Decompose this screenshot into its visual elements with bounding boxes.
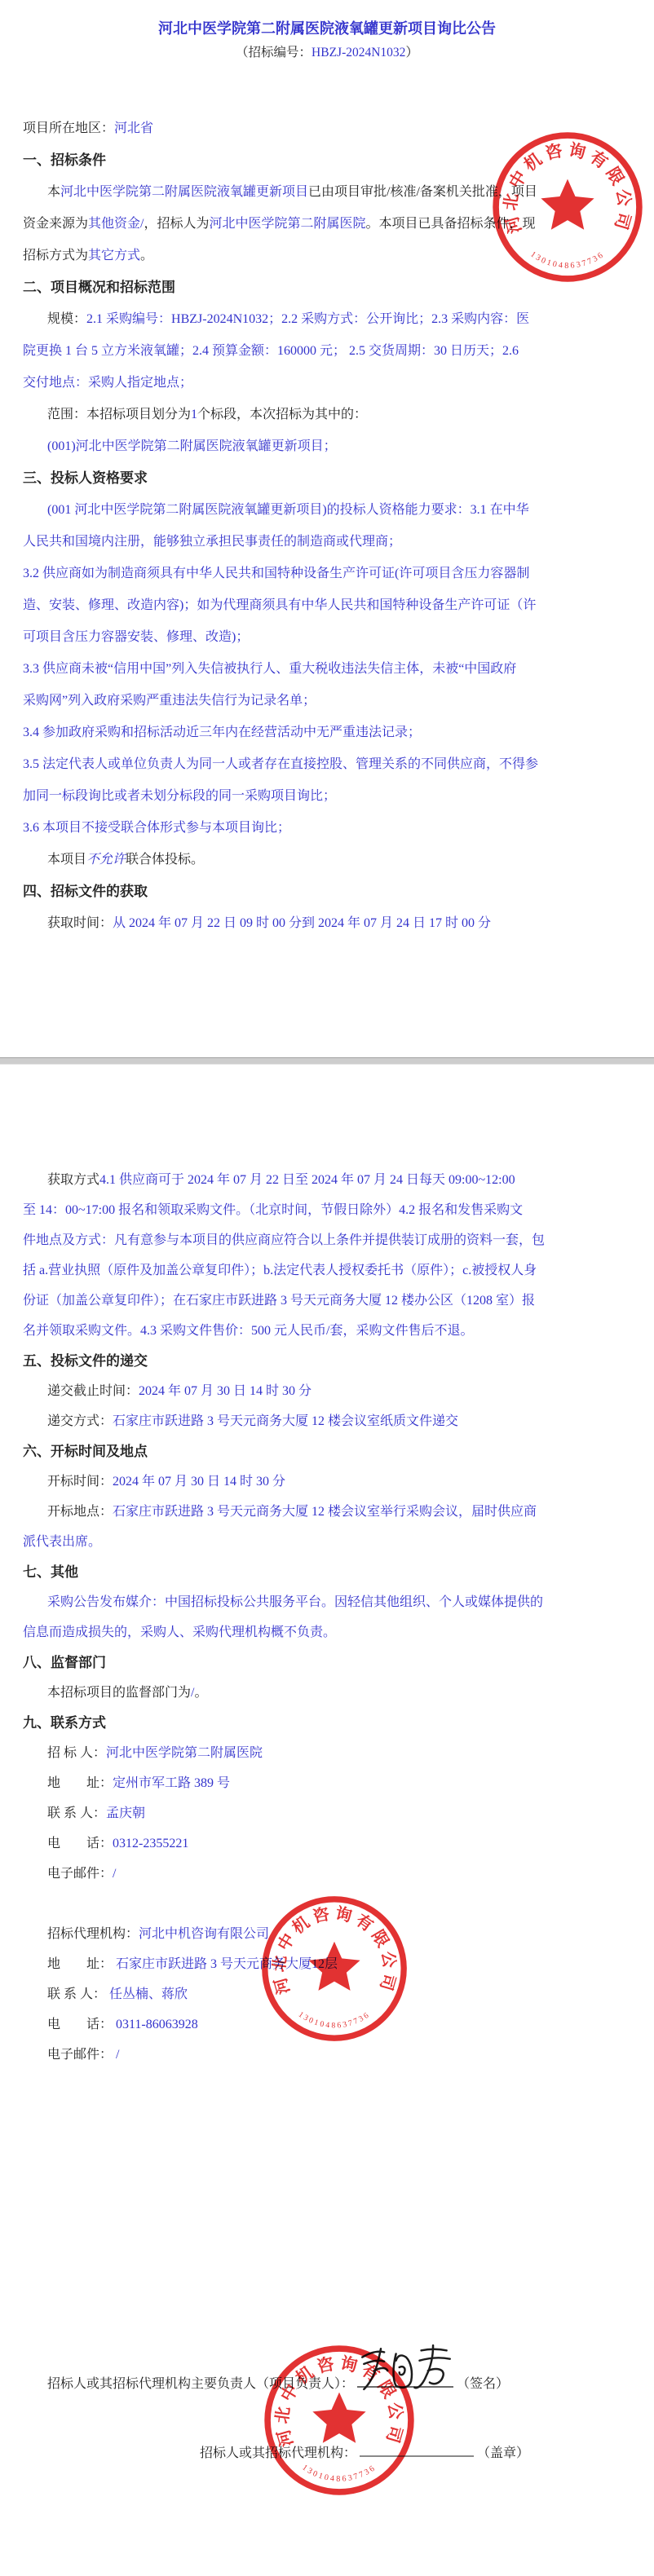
text-segment: 院更换 1 台 5 立方米液氧罐；2.4 预算金额：160000 元； 2.5 … xyxy=(23,344,519,358)
seal-star xyxy=(308,1942,360,1991)
text-segment: 2024 年 07 月 30 日 14 时 30 分 xyxy=(139,1384,312,1398)
spacer xyxy=(0,67,654,112)
text-segment: 其它方式 xyxy=(88,249,140,262)
text-segment: ，招标人为 xyxy=(144,217,209,231)
text-segment: 联 系 人： xyxy=(47,1806,106,1820)
text-segment: 。 xyxy=(194,1686,207,1700)
text-segment: 2024 年 07 月 30 日 14 时 30 分 xyxy=(113,1475,285,1489)
text-segment: 份证（加盖公章复印件）；在石家庄市跃进路 3 号天元商务大厦 12 楼办公区（1… xyxy=(23,1294,535,1308)
text-segment: 0311-86063928 xyxy=(116,2018,198,2031)
section-heading: 七、其他 xyxy=(23,1557,636,1587)
text-segment: 不允许 xyxy=(86,853,126,867)
seal-star xyxy=(541,179,594,230)
text-line: 括 a.营业执照（原件及加盖公章复印件）；b.法定代表人授权委托书（原件）；c.… xyxy=(23,1255,636,1286)
tender-announcement-document: 河北中医学院第二附属医院液氧罐更新项目询比公告 （招标编号：HBZJ-2024N… xyxy=(0,0,654,2576)
sign-label: （签名） xyxy=(457,2377,509,2391)
text-segment: 1 xyxy=(191,408,197,421)
text-segment: 本项目 xyxy=(47,853,86,867)
text-segment: 招标代理机构： xyxy=(47,1927,139,1941)
text-line: 本招标项目的监督部门为/。 xyxy=(23,1678,636,1708)
text-segment: 一、招标条件 xyxy=(23,152,106,168)
text-line: 3.4 参加政府采购和招标活动近三年内在经营活动中无严重违法记录； xyxy=(23,717,636,748)
tender-number-suffix: ） xyxy=(405,46,418,60)
text-segment: / xyxy=(113,1867,116,1881)
text-segment: 河北中医学院第二附属医院 xyxy=(209,217,365,231)
section-heading: 八、监督部门 xyxy=(23,1647,636,1678)
text-segment: 本招标项目的监督部门为 xyxy=(47,1686,191,1700)
text-line: (001)河北中医学院第二附属医院液氧罐更新项目； xyxy=(23,430,636,462)
text-segment: 个标段，本次招标为其中的： xyxy=(197,408,367,421)
text-segment: 河北中医学院第二附属医院液氧罐更新项目 xyxy=(60,185,308,199)
text-line: 电子邮件：/ xyxy=(23,1859,636,1889)
text-line: 份证（加盖公章复印件）；在石家庄市跃进路 3 号天元商务大厦 12 楼办公区（1… xyxy=(23,1286,636,1316)
text-segment: 本 xyxy=(47,185,60,199)
text-segment: 电 话： xyxy=(47,1837,113,1850)
section-heading: 九、联系方式 xyxy=(23,1708,636,1738)
section-heading: 三、投标人资格要求 xyxy=(23,462,636,494)
text-segment: 交付地点：采购人指定地点； xyxy=(23,376,192,390)
seal-number-text: 1301048637736 xyxy=(300,2464,378,2484)
text-segment: 三、投标人资格要求 xyxy=(23,470,148,486)
text-segment: 定州市军工路 389 号 xyxy=(113,1776,230,1790)
text-segment: 八、监督部门 xyxy=(23,1655,106,1670)
text-line: 范围：本招标项目划分为1个标段，本次招标为其中的： xyxy=(23,399,636,430)
text-segment: 人民共和国境内注册，能够独立承担民事责任的制造商或代理商； xyxy=(23,535,401,549)
text-segment: 资金来源为 xyxy=(23,217,88,231)
text-line: (001 河北中医学院第二附属医院液氧罐更新项目)的投标人资格能力要求：3.1 … xyxy=(23,494,636,526)
text-segment: 括 a.营业执照（原件及加盖公章复印件）；b.法定代表人授权委托书（原件）；c.… xyxy=(23,1264,537,1277)
text-line: 交付地点：采购人指定地点； xyxy=(23,367,636,399)
text-line: 件地点及方式：凡有意参与本项目的供应商应符合以上条件并提供装订成册的资料一套，包 xyxy=(23,1225,636,1255)
text-segment: 石家庄市跃进路 3 号天元商务大厦 12 楼会议室举行采购会议，届时供应商 xyxy=(113,1505,537,1519)
text-segment: 3.3 供应商未被“信用中国”列入失信被执行人、重大税收违法失信主体，未被“中国… xyxy=(23,662,516,676)
text-segment: 其他资金/ xyxy=(88,217,144,231)
text-line: 可项目含压力容器安装、修理、改造)； xyxy=(23,621,636,653)
text-segment: 石家庄市跃进路 3 号天元商务大厦 12 楼会议室纸质文件递交 xyxy=(113,1414,458,1428)
text-line: 3.5 法定代表人或单位负责人为同一人或者存在直接控股、管理关系的不同供应商，不… xyxy=(23,748,636,780)
text-line: 采购公告发布媒介：中国招标投标公共服务平台。因轻信其他组织、个人或媒体提供的 xyxy=(23,1587,636,1617)
text-segment: 获取方式 xyxy=(47,1173,99,1187)
text-segment: 信息而造成损失的，采购人、采购代理机构概不负责。 xyxy=(23,1625,336,1639)
text-segment: 五、投标文件的递交 xyxy=(23,1353,148,1369)
text-segment: 河北省 xyxy=(114,121,153,135)
text-segment: 2.1 采购编号：HBZJ-2024N1032；2.2 采购方式：公开询比；2.… xyxy=(86,312,529,326)
text-line: 开标时间：2024 年 07 月 30 日 14 时 30 分 xyxy=(23,1467,636,1497)
text-segment: 加同一标段询比或者未划分标段的同一采购项目询比； xyxy=(23,789,336,803)
text-segment: 3.6 本项目不接受联合体形式参与本项目询比； xyxy=(23,821,290,835)
text-segment: 递交截止时间： xyxy=(47,1384,139,1398)
text-line: 采购网”列入政府采购严重违法失信行为记录名单； xyxy=(23,685,636,717)
text-line: 联 系 人：孟庆朝 xyxy=(23,1798,636,1828)
tender-number-prefix: （招标编号： xyxy=(236,46,312,60)
text-segment: 规模： xyxy=(47,312,86,326)
section-heading: 六、开标时间及地点 xyxy=(23,1436,636,1467)
text-segment: 任丛楠、蒋欣 xyxy=(109,1987,188,2001)
text-segment: 造、安装、修理、改造内容)；如为代理商须具有中华人民共和国特种设备生产许可证（许 xyxy=(23,598,536,612)
text-line: 递交方式：石家庄市跃进路 3 号天元商务大厦 12 楼会议室纸质文件递交 xyxy=(23,1406,636,1436)
section-heading: 五、投标文件的递交 xyxy=(23,1346,636,1376)
text-segment: 采购公告发布媒介：中国招标投标公共服务平台。因轻信其他组织、个人或媒体提供的 xyxy=(47,1595,543,1609)
spacer xyxy=(0,2070,654,2368)
text-segment: 件地点及方式：凡有意参与本项目的供应商应符合以上条件并提供装订成册的资料一套，包 xyxy=(23,1233,545,1247)
text-segment: 河北中医学院第二附属医院 xyxy=(106,1746,263,1760)
text-line: 加同一标段询比或者未划分标段的同一采购项目询比； xyxy=(23,780,636,812)
text-segment: 4.1 供应商可于 2024 年 07 月 22 日至 2024 年 07 月 … xyxy=(99,1173,515,1187)
seal-star xyxy=(312,2393,365,2443)
text-line: 规模：2.1 采购编号：HBZJ-2024N1032；2.2 采购方式：公开询比… xyxy=(23,303,636,335)
company-seal-middle: 河北中机咨询有限公司 1301048637736 xyxy=(259,1893,410,2044)
section-heading: 四、招标文件的获取 xyxy=(23,876,636,907)
text-segment: 递交方式： xyxy=(47,1414,113,1428)
text-line: 电 话：0312-2355221 xyxy=(23,1828,636,1859)
text-line: 人民共和国境内注册，能够独立承担民事责任的制造商或代理商； xyxy=(23,526,636,558)
seal-number-text: 1301048637736 xyxy=(528,250,606,271)
text-segment: 四、招标文件的获取 xyxy=(23,884,148,899)
text-line: 递交截止时间：2024 年 07 月 30 日 14 时 30 分 xyxy=(23,1376,636,1406)
text-segment: 招 标 人： xyxy=(47,1746,106,1760)
text-segment: (001)河北中医学院第二附属医院液氧罐更新项目； xyxy=(47,439,337,453)
text-line: 派代表出席。 xyxy=(23,1527,636,1557)
text-segment: 从 2024 年 07 月 22 日 09 时 00 分到 2024 年 07 … xyxy=(113,916,491,930)
text-segment: 招标方式为 xyxy=(23,249,88,262)
text-segment: 电子邮件： xyxy=(47,1867,113,1881)
text-segment: 联合体投标。 xyxy=(126,853,204,867)
text-segment: 3.2 供应商如为制造商须具有中华人民共和国特种设备生产许可证(许可项目含压力容… xyxy=(23,567,529,580)
text-segment: 联 系 人： xyxy=(47,1987,109,2001)
text-line: 3.2 供应商如为制造商须具有中华人民共和国特种设备生产许可证(许可项目含压力容… xyxy=(23,558,636,589)
text-segment: 孟庆朝 xyxy=(106,1806,145,1820)
text-segment: 开标地点： xyxy=(47,1505,113,1519)
text-line: 院更换 1 台 5 立方米液氧罐；2.4 预算金额：160000 元； 2.5 … xyxy=(23,335,636,367)
text-line: 获取方式4.1 供应商可于 2024 年 07 月 22 日至 2024 年 0… xyxy=(23,1165,636,1195)
text-segment: 七、其他 xyxy=(23,1564,78,1580)
text-segment: 地 址： xyxy=(47,1776,113,1790)
text-line: 地 址：定州市军工路 389 号 xyxy=(23,1768,636,1798)
stamp-label: （盖章） xyxy=(477,2446,529,2460)
text-segment: 二、项目概况和招标范围 xyxy=(23,280,175,295)
text-segment: 范围：本招标项目划分为 xyxy=(47,408,191,421)
text-segment: 获取时间： xyxy=(47,916,113,930)
page-title: 河北中医学院第二附属医院液氧罐更新项目询比公告 xyxy=(0,0,654,39)
spacer xyxy=(0,1065,654,1165)
text-segment: 六、开标时间及地点 xyxy=(23,1444,148,1459)
text-segment: 。 xyxy=(140,249,153,262)
text-line: 本项目不允许联合体投标。 xyxy=(23,844,636,876)
text-segment: 开标时间： xyxy=(47,1475,113,1489)
text-segment: 河北中机咨询有限公司 xyxy=(139,1927,269,1941)
text-segment: 名并领取采购文件。4.3 采购文件售价：500 元人民币/套，采购文件售后不退。 xyxy=(23,1324,473,1338)
text-segment: 3.4 参加政府采购和招标活动近三年内在经营活动中无严重违法记录； xyxy=(23,726,421,739)
tender-number: HBZJ-2024N1032 xyxy=(312,46,405,60)
tender-number-line: （招标编号：HBZJ-2024N1032） xyxy=(0,39,654,67)
text-segment: 至 14：00~17:00 报名和领取采购文件。（北京时间，节假日除外）4.2 … xyxy=(23,1203,523,1217)
company-seal-top: 河北中机咨询有限公司 1301048637736 xyxy=(489,129,646,285)
company-seal-bottom: 河北中机咨询有限公司 1301048637736 xyxy=(261,2342,418,2499)
text-segment: 0312-2355221 xyxy=(113,1837,188,1850)
text-line: 至 14：00~17:00 报名和领取采购文件。（北京时间，节假日除外）4.2 … xyxy=(23,1195,636,1225)
text-segment: 电子邮件： xyxy=(47,2048,116,2062)
text-segment: 电 话： xyxy=(47,2018,116,2031)
page-divider xyxy=(0,1057,654,1065)
seal-number-text: 1301048637736 xyxy=(297,2010,372,2031)
text-segment: (001 河北中医学院第二附属医院液氧罐更新项目)的投标人资格能力要求：3.1 … xyxy=(47,503,529,517)
text-segment: 可项目含压力容器安装、修理、改造)； xyxy=(23,630,249,644)
text-line: 3.3 供应商未被“信用中国”列入失信被执行人、重大税收违法失信主体，未被“中国… xyxy=(23,653,636,685)
text-segment: 项目所在地区： xyxy=(23,121,114,135)
text-line: 信息而造成损失的，采购人、采购代理机构概不负责。 xyxy=(23,1617,636,1647)
text-segment: / xyxy=(116,2048,119,2062)
text-line: 招 标 人：河北中医学院第二附属医院 xyxy=(23,1738,636,1768)
text-line: 名并领取采购文件。4.3 采购文件售价：500 元人民币/套，采购文件售后不退。 xyxy=(23,1316,636,1346)
text-segment: 采购网”列入政府采购严重违法失信行为记录名单； xyxy=(23,694,316,708)
text-line: 造、安装、修理、改造内容)；如为代理商须具有中华人民共和国特种设备生产许可证（许 xyxy=(23,589,636,621)
text-line: 3.6 本项目不接受联合体形式参与本项目询比； xyxy=(23,812,636,844)
text-segment: 派代表出席。 xyxy=(23,1535,101,1549)
text-line: 获取时间：从 2024 年 07 月 22 日 09 时 00 分到 2024 … xyxy=(23,907,636,939)
text-segment: 九、联系方式 xyxy=(23,1715,106,1731)
text-segment: 地 址： xyxy=(47,1957,116,1971)
text-line: 开标地点：石家庄市跃进路 3 号天元商务大厦 12 楼会议室举行采购会议，届时供… xyxy=(23,1497,636,1527)
text-segment: 3.5 法定代表人或单位负责人为同一人或者存在直接控股、管理关系的不同供应商，不… xyxy=(23,757,538,771)
